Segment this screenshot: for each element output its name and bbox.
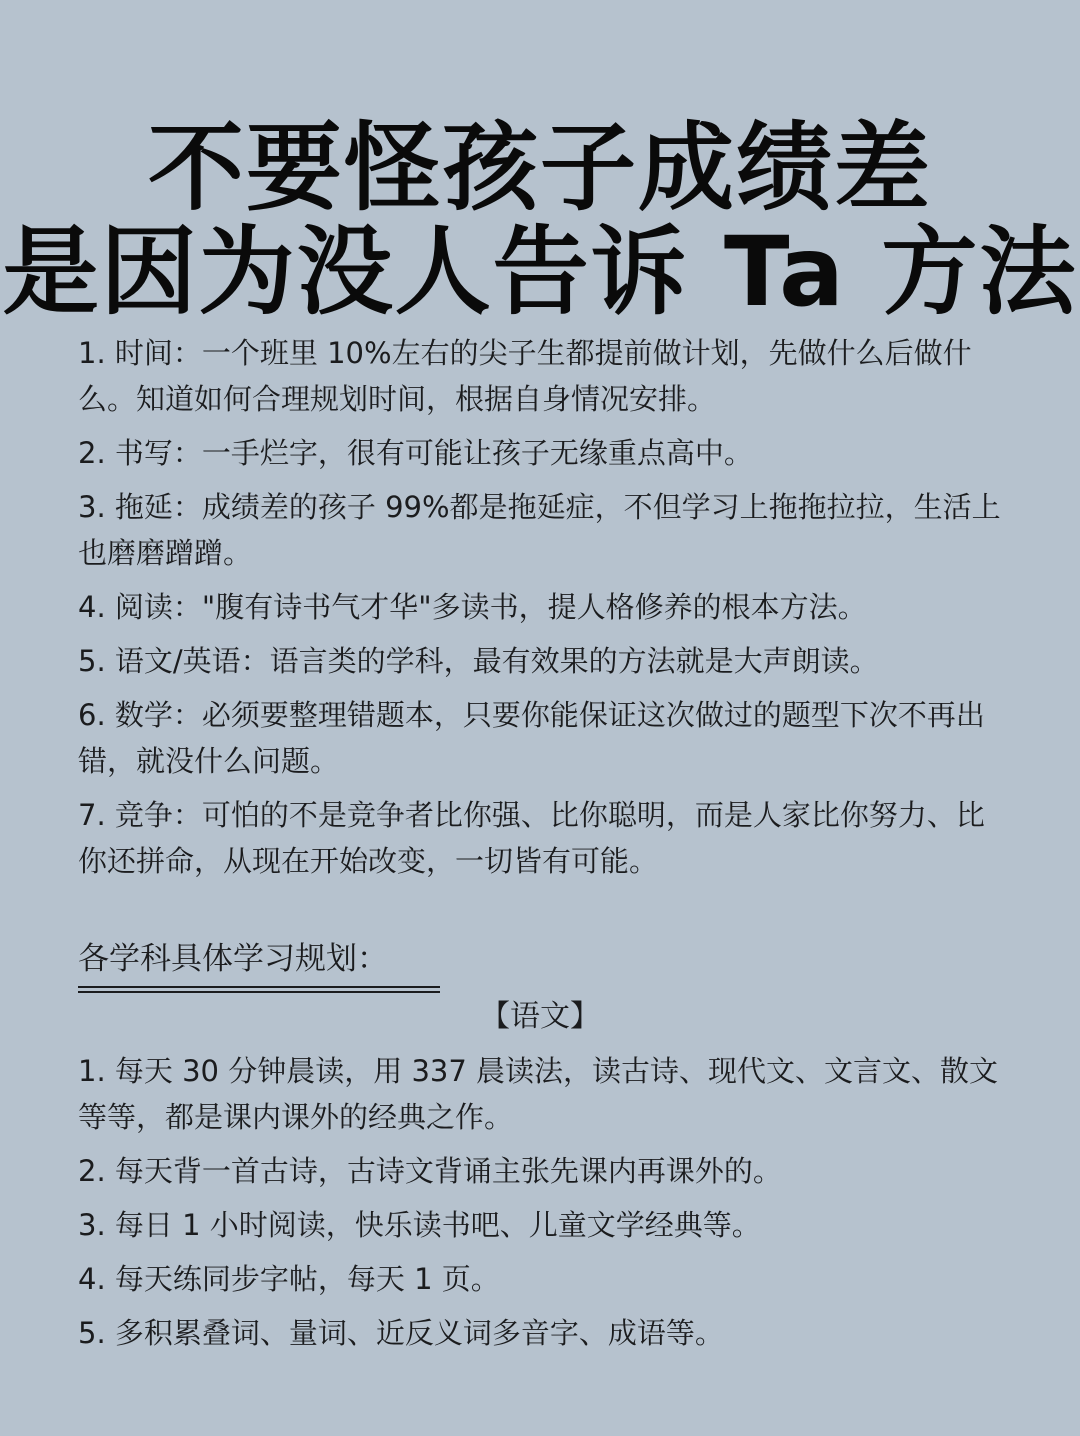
tip-item-reading: 4. 阅读："腹有诗书气才华"多读书，提人格修养的根本方法。 <box>78 584 1013 630</box>
tip-item-competition: 7. 竞争：可怕的不是竞争者比你强、比你聪明，而是人家比你努力、比你还拼命，从现… <box>78 792 1013 884</box>
tip-item-language: 5. 语文/英语：语言类的学科，最有效果的方法就是大声朗读。 <box>78 638 1013 684</box>
title-line-1: 不要怪孩子成绩差 <box>0 116 1080 220</box>
tip-item-procrastination: 3. 拖延：成绩差的孩子 99%都是拖延症，不但学习上拖拖拉拉，生活上也磨磨蹭蹭… <box>78 484 1013 576</box>
tip-item-math: 6. 数学：必须要整理错题本，只要你能保证这次做过的题型下次不再出错，就没什么问… <box>78 692 1013 784</box>
plan-item: 2. 每天背一首古诗，古诗文背诵主张先课内再课外的。 <box>78 1148 1023 1194</box>
section-heading: 各学科具体学习规划： <box>78 938 440 993</box>
page-title: 不要怪孩子成绩差 是因为没人告诉 Ta 方法 <box>0 116 1080 324</box>
tip-item-handwriting: 2. 书写：一手烂字，很有可能让孩子无缘重点高中。 <box>78 430 1013 476</box>
tip-item-time: 1. 时间：一个班里 10%左右的尖子生都提前做计划，先做什么后做什么。知道如何… <box>78 330 1013 422</box>
plan-item: 3. 每日 1 小时阅读，快乐读书吧、儿童文学经典等。 <box>78 1202 1023 1248</box>
study-plan-list: 1. 每天 30 分钟晨读，用 337 晨读法，读古诗、现代文、文言文、散文等等… <box>78 1048 1023 1364</box>
plan-item: 1. 每天 30 分钟晨读，用 337 晨读法，读古诗、现代文、文言文、散文等等… <box>78 1048 1023 1140</box>
subject-label-chinese: 【语文】 <box>0 994 1080 1040</box>
plan-item: 4. 每天练同步字帖，每天 1 页。 <box>78 1256 1023 1302</box>
tips-list: 1. 时间：一个班里 10%左右的尖子生都提前做计划，先做什么后做什么。知道如何… <box>78 330 1013 892</box>
title-line-2: 是因为没人告诉 Ta 方法 <box>0 220 1080 324</box>
plan-item: 5. 多积累叠词、量词、近反义词多音字、成语等。 <box>78 1310 1023 1356</box>
